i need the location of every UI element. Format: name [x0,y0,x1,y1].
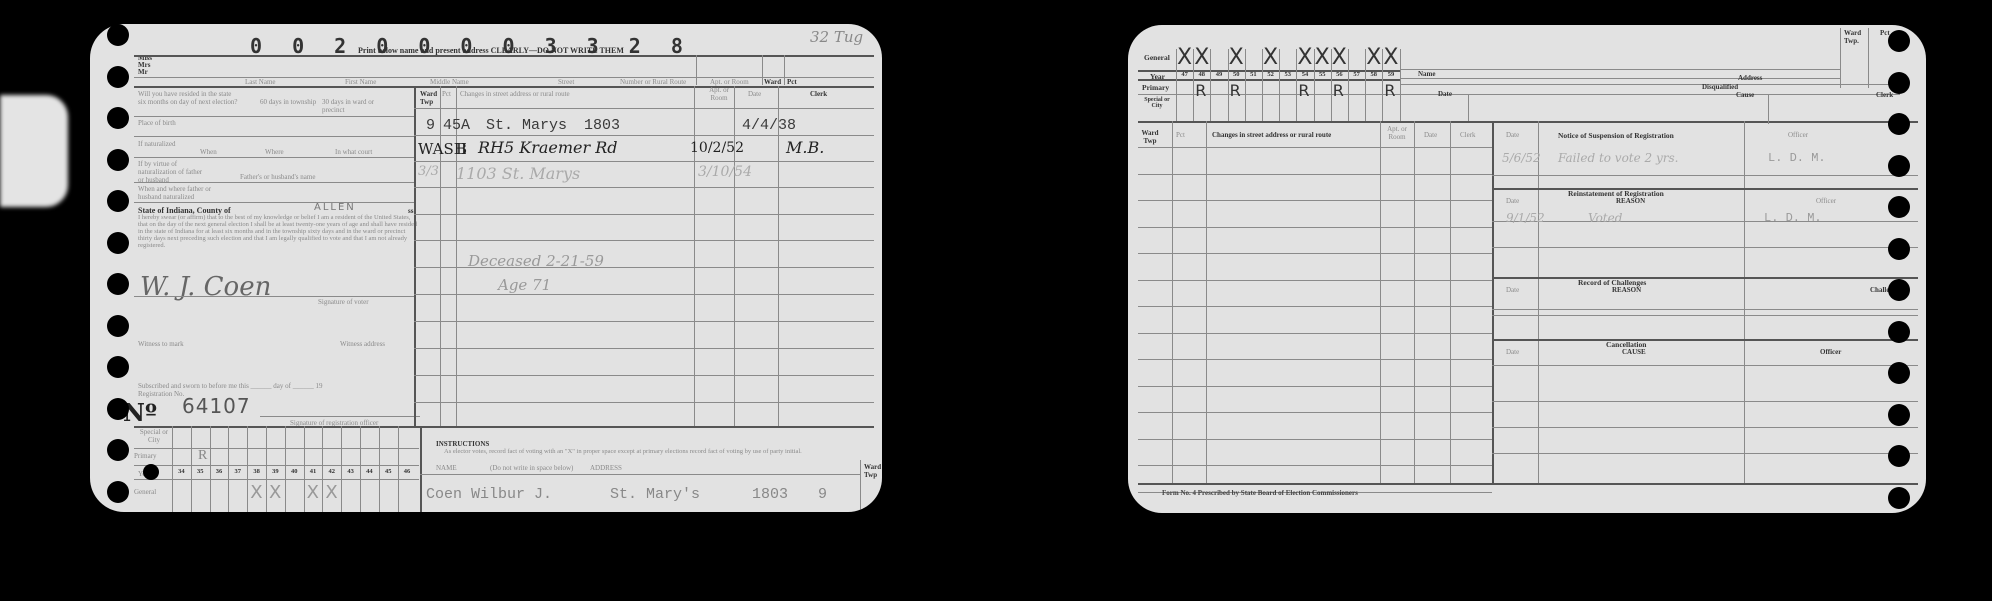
front-year-35: 35 [191,468,210,475]
row3-ward: 3/3 [418,164,439,179]
question-days-township: 60 days in township [260,98,320,106]
form-footer: Form No. 4 Prescribed by State Board of … [1162,489,1358,497]
reinstatement-date-header: Date [1506,197,1519,205]
cancellation-cause-header: CAUSE [1622,348,1646,356]
back-row-primary: Primary [1142,83,1169,92]
front-general-mark: X [325,482,337,504]
changes-header-clerk: Clerk [810,90,827,98]
suspension-notice: Failed to vote 2 yrs. [1558,151,1678,165]
footer-street: St. Mary's [610,486,700,503]
front-year-37: 37 [228,468,247,475]
reinstatement-date: 9/1/52 [1506,211,1545,225]
back-general-mark: X [1383,47,1398,69]
back-general-mark: X [1366,47,1381,69]
back-general-mark: X [1177,47,1192,69]
front-general-mark: X [307,482,319,504]
back-change-row-line [1138,306,1492,307]
row1-number: 1803 [584,117,620,134]
oath-county: ALLEN [314,202,356,213]
back-year-52: 52 [1262,71,1279,78]
back-year-51: 51 [1245,71,1262,78]
front-year-34: 34 [172,468,191,475]
reinstatement-officer: L. D. M. [1764,211,1822,225]
changes-header-date: Date [748,90,761,98]
back-general-mark: X [1297,47,1312,69]
back-changes-date: Date [1424,131,1437,139]
back-change-row-line [1138,200,1492,201]
punch-holes-right [1888,30,1910,570]
front-year-44: 44 [360,468,379,475]
back-year-56: 56 [1331,71,1348,78]
front-year-45: 45 [379,468,398,475]
disq-cause-label: Cause [1736,91,1754,99]
back-general-mark: X [1229,47,1244,69]
front-general-mark: X [250,482,262,504]
front-year-41: 41 [304,468,323,475]
back-change-row-line [1138,439,1492,440]
instructions-text: As elector votes, record fact of voting … [444,448,864,456]
question-days-ward: 30 days in ward or precinct [322,98,382,114]
registration-number: 64107 [182,394,251,418]
header-pct: Pct [787,78,797,86]
question-when: When [200,148,217,156]
question-naturalization-father: If by virtue of naturalization of father… [138,160,208,184]
voter-signature: W. J. Coen [140,272,271,302]
row3-street: 1103 St. Marys [456,164,580,183]
registration-card-front: 0 0 2 0 0 0 0 3 3 2 8 Print below name a… [90,24,882,512]
registration-card-back: General Year Primary Special or City 47X… [1128,25,1926,513]
front-year-43: 43 [341,468,360,475]
back-changes-ward: Ward Twp [1136,129,1164,145]
changes-header-pct: Pct [442,90,451,98]
question-court: In what court [335,148,372,156]
back-general-mark: X [1194,47,1209,69]
back-year-55: 55 [1314,71,1331,78]
back-year-59: 59 [1382,71,1399,78]
scan-artifact [0,95,68,207]
question-father-name: Father's or husband's name [240,173,315,181]
reinstatement-reason-header: REASON [1616,197,1645,205]
disq-name-label: Name [1418,70,1436,78]
front-year-46: 46 [398,468,417,475]
back-changes-apt: Apt. or Room [1382,125,1412,141]
header-last-name: Last Name [245,78,276,86]
front-year-40: 40 [285,468,304,475]
footer-ward: 9 [818,486,827,503]
header-first-name: First Name [345,78,376,86]
disq-date-label: Date [1438,90,1452,98]
back-change-row-line [1138,412,1492,413]
instructions-name-label: NAME [436,464,457,472]
challenges-reason-header: REASON [1612,286,1641,294]
reinstatement-reason: Voted [1588,211,1622,225]
back-general-mark: X [1332,47,1347,69]
deceased-remark: Deceased 2-21-59 [468,252,604,270]
back-change-row-line [1138,359,1492,360]
front-general-mark: X [269,482,281,504]
back-change-row-line [1138,333,1492,334]
back-change-row-line [1138,253,1492,254]
header-number: Number or Rural Route [620,78,686,86]
header-apt: Apt. or Room [710,78,749,86]
changes-header-apt: Apt. or Room [704,86,734,102]
front-row-general: General [134,488,156,496]
back-year-53: 53 [1279,71,1296,78]
suspension-officer-header: Officer [1788,131,1808,139]
back-change-row-line [1138,227,1492,228]
changes-header-street: Changes in street address or rural route [460,90,570,98]
back-year-47: 47 [1176,71,1193,78]
punch-hole-small [143,464,159,480]
row2-date: 10/2/52 [690,140,744,156]
instructions-ward-label: Ward Twp [864,463,882,479]
front-row-primary: Primary [134,452,157,460]
back-general-mark: X [1315,47,1330,69]
back-primary-mark: R [1384,80,1395,102]
footer-number: 1803 [752,486,788,503]
cancellation-date-header: Date [1506,348,1519,356]
back-row-general: General [1144,53,1170,62]
front-year-42: 42 [322,468,341,475]
back-change-row-line [1138,280,1492,281]
instructions-address-label: ADDRESS [590,464,622,472]
back-changes-street: Changes in street address or rural route [1212,131,1331,139]
suspension-officer: L. D. M. [1768,151,1826,165]
row2-clerk: M.B. [786,138,824,157]
row1-date: 4/4/38 [742,117,796,134]
header-instruction: Print below name and present address CLE… [358,46,624,55]
suspension-date-header: Date [1506,131,1519,139]
salutation-mr: Mr [138,68,148,76]
question-place-of-birth: Place of birth [138,119,178,127]
front-year-36: 36 [210,468,229,475]
back-change-row-line [1138,386,1492,387]
changes-header-ward: Ward Twp [420,90,440,106]
corner-note: 32 Tug [810,28,863,46]
back-changes-clerk: Clerk [1460,131,1476,139]
header-middle-name: Middle Name [430,78,469,86]
signature-of-voter-label: Signature of voter [318,298,369,306]
disq-ward-label: Ward Twp. [1844,29,1864,45]
punch-holes-left [107,24,129,564]
back-primary-mark: R [1333,80,1344,102]
oath-text: I hereby swear (or affirm) that to the b… [138,214,418,249]
back-change-row-line [1138,174,1492,175]
back-year-48: 48 [1193,71,1210,78]
row3-date: 3/10/54 [698,164,752,180]
footer-name: Coen Wilbur J. [426,486,552,503]
suspension-date: 5/6/52 [1502,151,1541,165]
back-primary-mark: R [1195,80,1206,102]
cancellation-officer-header: Officer [1820,348,1841,356]
back-general-mark: X [1263,47,1278,69]
front-primary-mark: R [198,448,207,464]
row1-street: St. Marys [486,117,567,134]
question-father-naturalized: When and where father or husband natural… [138,185,228,201]
challenges-date-header: Date [1506,286,1519,294]
back-change-row-line [1138,147,1492,148]
disq-address-label: Address [1738,74,1762,82]
header-ward: Ward [764,78,781,86]
witness-mark-label: Witness to mark [138,340,184,348]
front-year-39: 39 [266,468,285,475]
instructions-heading: INSTRUCTIONS [436,440,489,448]
front-row-special: Special or City [134,428,174,444]
back-row-special: Special or City [1142,97,1172,109]
row1-pct: 45A [443,117,470,134]
witness-address-label: Witness address [340,340,385,348]
back-year-57: 57 [1348,71,1365,78]
question-where: Where [265,148,284,156]
back-primary-mark: R [1298,80,1309,102]
back-year-49: 49 [1210,71,1227,78]
question-residence: Will you have resided in the state six m… [138,90,238,106]
age-remark: Age 71 [498,276,551,294]
back-year-58: 58 [1365,71,1382,78]
suspension-notice-header: Notice of Suspension of Registration [1558,131,1674,140]
question-naturalized: If naturalized [138,140,178,148]
back-year-54: 54 [1296,71,1313,78]
back-primary-mark: R [1230,80,1241,102]
row2-pct: B [456,140,467,158]
reinstatement-officer-header: Officer [1816,197,1836,205]
disq-label: Disqualified [1702,83,1738,91]
header-street: Street [558,78,574,86]
back-year-50: 50 [1228,71,1245,78]
subscribed-label: Subscribed and sworn to before me this _… [138,382,323,390]
row1-ward: 9 [426,117,435,134]
registration-no-label: Registration No. [138,390,184,398]
back-changes-pct: Pct [1176,131,1185,139]
front-year-38: 38 [247,468,266,475]
instructions-name-hint: (Do not write in space below) [490,464,573,472]
back-change-row-line [1138,465,1492,466]
row2-street: RH5 Kraemer Rd [478,138,618,157]
